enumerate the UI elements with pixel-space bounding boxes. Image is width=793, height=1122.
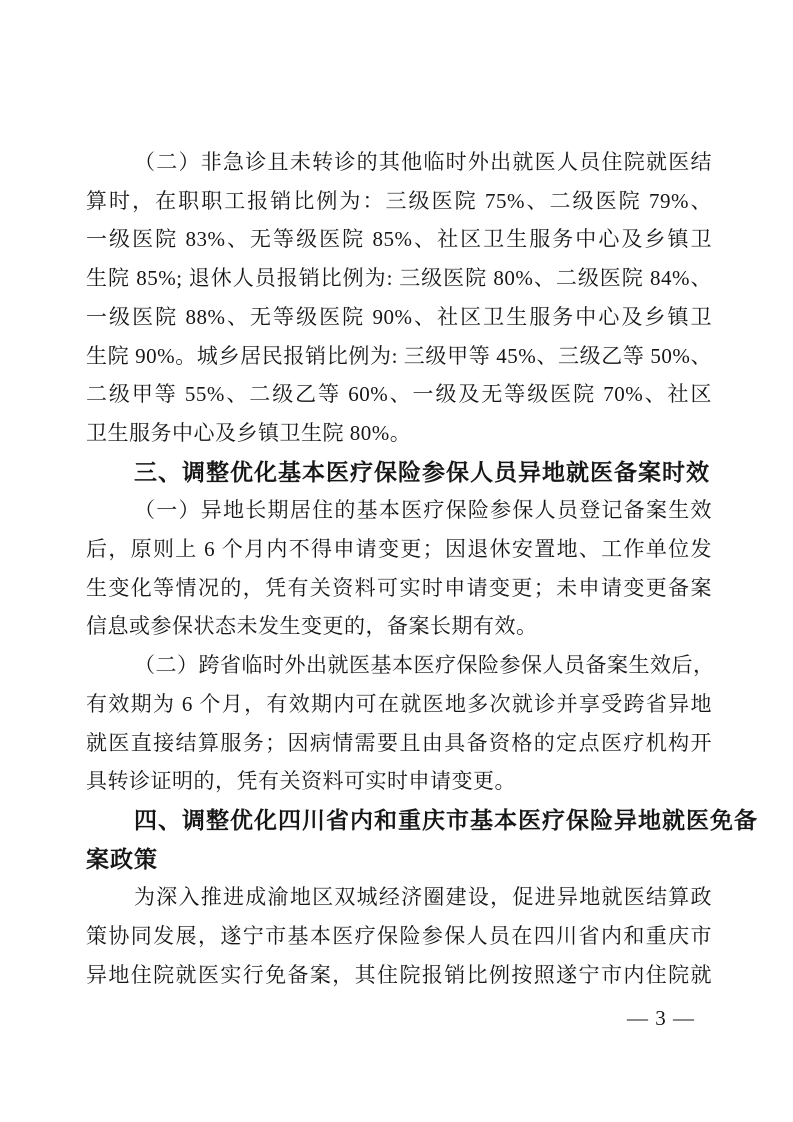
text-line: 卫生服务中心及乡镇卫生院 80%。 bbox=[86, 414, 712, 453]
text-line: 算时，在职职工报销比例为：三级医院 75%、二级医院 79%、 bbox=[86, 182, 712, 221]
text-line: （二）非急诊且未转诊的其他临时外出就医人员住院就医结 bbox=[86, 143, 712, 182]
text-line: 信息或参保状态未发生变更的，备案长期有效。 bbox=[86, 607, 712, 646]
text-line: （二）跨省临时外出就医基本医疗保险参保人员备案生效后， bbox=[86, 646, 712, 685]
heading-section-3: 三、调整优化基本医疗保险参保人员异地就医备案时效 bbox=[86, 453, 712, 492]
para-outpatient-reimbursement-ratios: （二）非急诊且未转诊的其他临时外出就医人员住院就医结 算时，在职职工报销比例为：… bbox=[86, 143, 712, 453]
text-line: 有效期为 6 个月，有效期内可在就医地多次就诊并享受跨省异地 bbox=[86, 685, 712, 724]
text-line: 为深入推进成渝地区双城经济圈建设，促进异地就医结算政 bbox=[86, 878, 712, 917]
text-line: 一级医院 88%、无等级医院 90%、社区卫生服务中心及乡镇卫 bbox=[86, 298, 712, 337]
text-line: 策协同发展，遂宁市基本医疗保险参保人员在四川省内和重庆市 bbox=[86, 917, 712, 956]
text-line: 后，原则上 6 个月内不得申请变更；因退休安置地、工作单位发 bbox=[86, 530, 712, 569]
para-cross-province-filing: （二）跨省临时外出就医基本医疗保险参保人员备案生效后， 有效期为 6 个月，有效… bbox=[86, 646, 712, 801]
text-line: 生院 90%。城乡居民报销比例为: 三级甲等 45%、三级乙等 50%、 bbox=[86, 337, 712, 376]
document-page: （二）非急诊且未转诊的其他临时外出就医人员住院就医结 算时，在职职工报销比例为：… bbox=[0, 0, 793, 1122]
heading-line: 三、调整优化基本医疗保险参保人员异地就医备案时效 bbox=[86, 453, 712, 492]
text-line: 就医直接结算服务；因病情需要且由具备资格的定点医疗机构开 bbox=[86, 724, 712, 763]
text-line: 生院 85%; 退休人员报销比例为: 三级医院 80%、二级医院 84%、 bbox=[86, 259, 712, 298]
text-line: （一）异地长期居住的基本医疗保险参保人员登记备案生效 bbox=[86, 491, 712, 530]
text-line: 一级医院 83%、无等级医院 85%、社区卫生服务中心及乡镇卫 bbox=[86, 220, 712, 259]
page-number: — 3 — bbox=[627, 1004, 695, 1032]
para-chengdu-chongqing-policy: 为深入推进成渝地区双城经济圈建设，促进异地就医结算政 策协同发展，遂宁市基本医疗… bbox=[86, 878, 712, 994]
document-body: （二）非急诊且未转诊的其他临时外出就医人员住院就医结 算时，在职职工报销比例为：… bbox=[86, 143, 712, 994]
heading-section-4: 四、调整优化四川省内和重庆市基本医疗保险异地就医免备 案政策 bbox=[86, 801, 712, 878]
text-line: 具转诊证明的，凭有关资料可实时申请变更。 bbox=[86, 762, 712, 801]
para-long-term-residence-filing: （一）异地长期居住的基本医疗保险参保人员登记备案生效 后，原则上 6 个月内不得… bbox=[86, 491, 712, 646]
text-line: 二级甲等 55%、二级乙等 60%、一级及无等级医院 70%、社区 bbox=[86, 375, 712, 414]
heading-line: 案政策 bbox=[86, 840, 712, 879]
text-line: 生变化等情况的，凭有关资料可实时申请变更；未申请变更备案 bbox=[86, 569, 712, 608]
heading-line: 四、调整优化四川省内和重庆市基本医疗保险异地就医免备 bbox=[86, 801, 712, 840]
text-line: 异地住院就医实行免备案，其住院报销比例按照遂宁市内住院就 bbox=[86, 956, 712, 995]
